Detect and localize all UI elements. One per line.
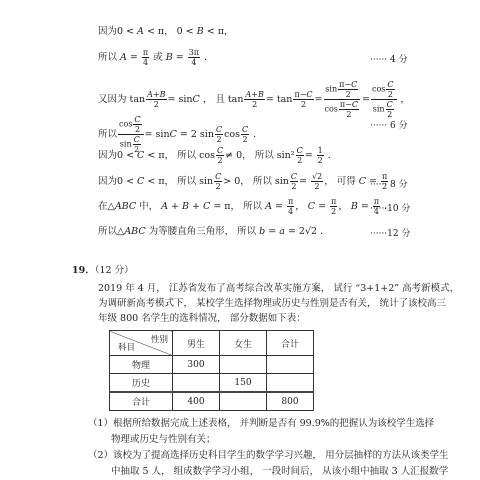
table-cell [267,374,314,393]
question-1-cont: 物理或历史与性别有关； [111,434,216,446]
problem-points: （12 分） [95,265,134,276]
problem-intro-3: 年级 800 名学生的选科情况， 部分数据如下表： [98,313,306,325]
question-2: （2）该校为了提高选择历史科目学生的数学学习兴趣， 用分层抽样的方法从该类学生 [88,450,449,462]
score-8: ······ 8 分 [370,177,408,190]
table-cell [173,374,220,393]
score-10: ······10 分 [370,201,410,214]
row-label: 物理 [110,356,173,374]
problem-intro-2: 为调研新高考模式下， 某校学生选择物理或历史与性别是否有关， 统计了该校高三 [98,298,446,310]
table-header-row: 性别 科目 男生 女生 合计 [110,331,314,356]
solution-line-2: 所以 A = π4 或 B = 3π4 ． [98,48,214,67]
table-row-physics: 物理 300 [110,356,314,374]
problem-number: 19． [72,265,95,276]
question-number: （1） [88,418,113,429]
row-label: 历史 [110,374,173,393]
header-male: 男生 [173,331,220,356]
table-cell: 400 [173,392,220,411]
corner-subject-label: 科目 [118,341,135,353]
solution-line-8: 所以△ABC 为等腰直角三角形， 所以 b = a = 2√2 ． [98,226,330,238]
header-total: 合计 [267,331,314,356]
question-text: 该校为了提高选择历史科目学生的数学学习兴趣， 用分层抽样的方法从该类学生 [113,450,449,461]
solution-line-3: 又因为 tanA+B2= sinC ， 且 tanA+B2= tanπ−C2=s… [98,80,410,119]
question-2-cont: 中抽取 5 人， 组成数学学习小组， 一段时间后， 从该小组中抽取 3 人汇报数… [111,466,448,478]
solution-line-6: 因为0 < C < π， 所以 sinC2> 0， 所以 sinC2= √22，… [98,172,402,191]
table-cell: 300 [173,356,220,374]
table-cell [220,356,267,374]
table-row-total: 合计 400 800 [110,392,314,411]
table-row-history: 历史 150 [110,374,314,393]
table-cell: 800 [267,392,314,411]
score-12: ······12 分 [370,226,410,239]
contingency-table: 性别 科目 男生 女生 合计 物理 300 历史 150 合计 400 800 [109,330,314,411]
question-1: （1）根据所给数据完成上述表格， 并判断是否有 99.9%的把握认为该校学生选择 [88,418,434,430]
score-6: ······ 6 分 [370,118,408,131]
problem-19-header: 19．（12 分） [72,265,134,277]
table-corner-cell: 性别 科目 [110,331,173,356]
question-number: （2） [88,450,113,461]
table-cell [267,356,314,374]
score-4: ······ 4 分 [370,52,408,65]
solution-line-1: 因为0 < A < π， 0 < B < π， [98,26,233,38]
header-female: 女生 [220,331,267,356]
solution-line-5: 因为0 < C < π， 所以 cosC2≠ 0， 所以 sin²C2= 12 … [98,146,337,165]
question-text: 根据所给数据完成上述表格， 并判断是否有 99.9%的把握认为该校学生选择 [113,418,434,429]
table-cell [220,392,267,411]
problem-intro-1: 2019 年 4 月， 江苏省发布了高考综合改革实施方案， 试行 “3+1+2”… [98,283,459,295]
row-label: 合计 [110,392,173,411]
solution-line-7: 在△ABC 中， A + B + C = π， 所以 A = π4， C = π… [98,197,394,216]
corner-gender-label: 性别 [151,333,168,345]
table-cell: 150 [220,374,267,393]
